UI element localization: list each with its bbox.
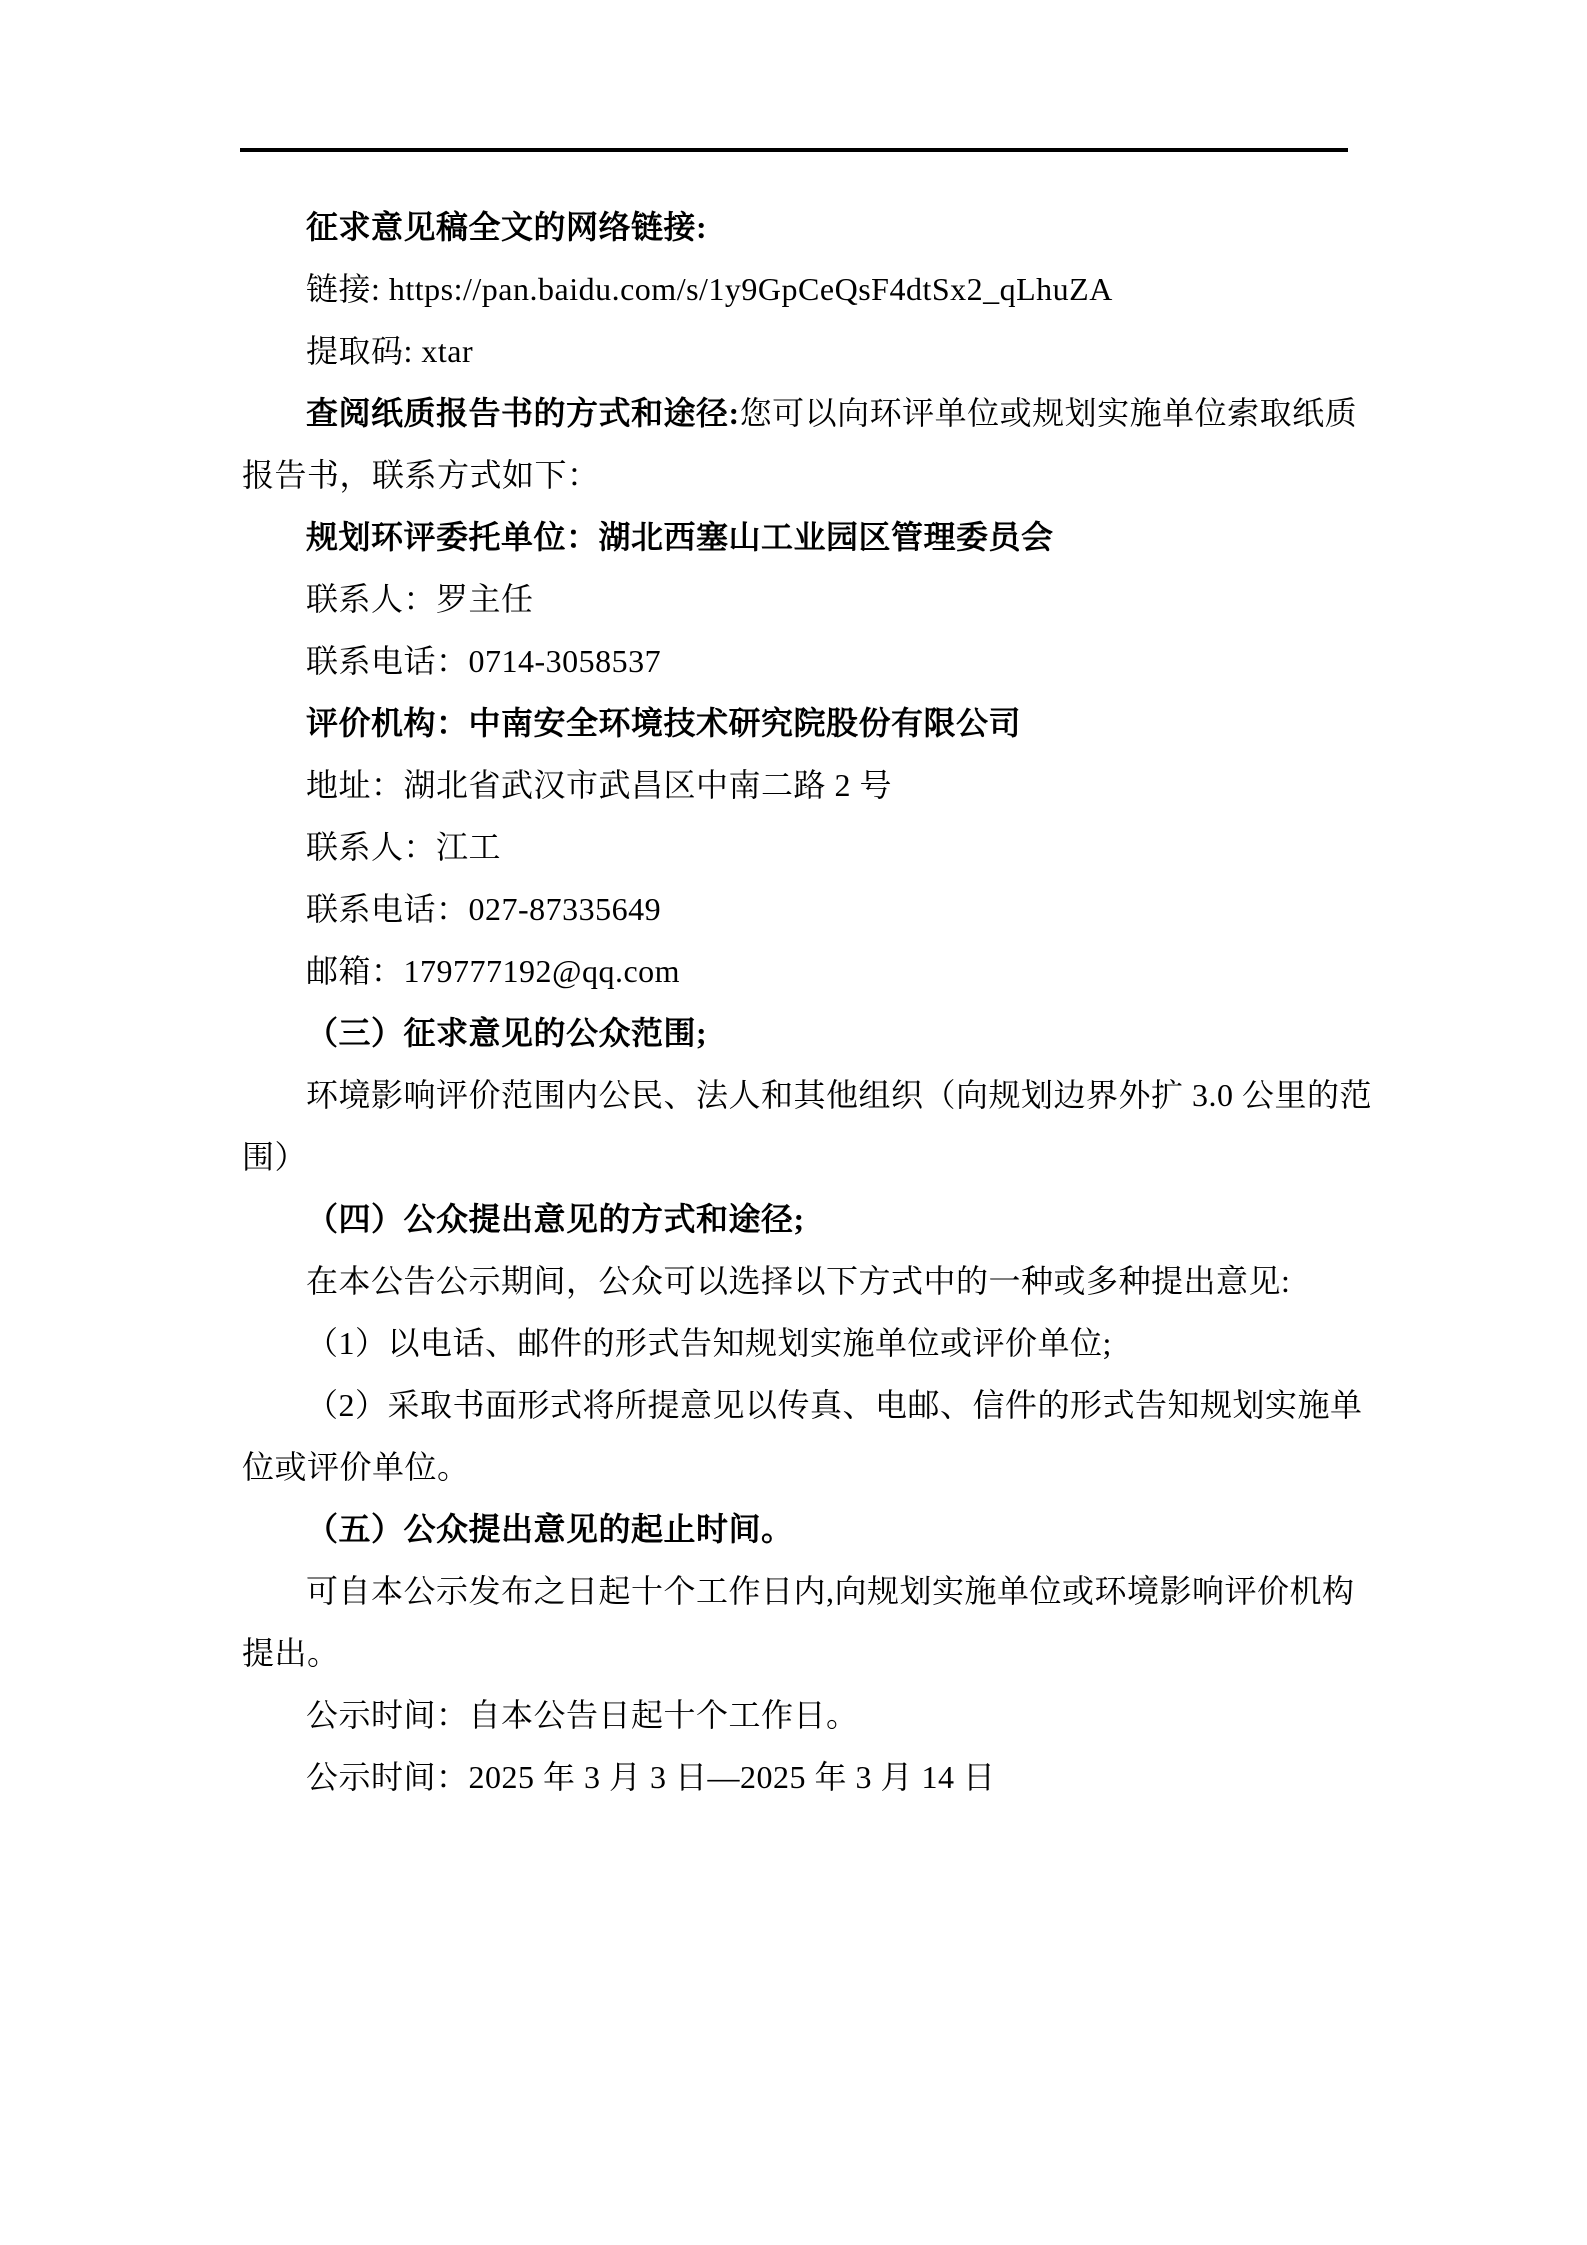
document-body: 征求意见稿全文的网络链接:链接: https://pan.baidu.com/s… <box>242 196 1352 1808</box>
text-line-15: 环境影响评价范围内公民、法人和其他组织（向规划边界外扩 3.0 公里的范 <box>242 1064 1352 1126</box>
text-line-18: 在本公告公示期间，公众可以选择以下方式中的一种或多种提出意见: <box>242 1250 1352 1312</box>
text-line-4-segment-1: 查阅纸质报告书的方式和途径: <box>306 395 740 431</box>
text-line-16-segment-1: 围） <box>242 1139 307 1175</box>
text-line-12-segment-1: 联系电话：027-87335649 <box>306 891 661 927</box>
text-line-15-segment-1: 环境影响评价范围内公民、法人和其他组织（向规划边界外扩 3.0 公里的范 <box>306 1077 1372 1113</box>
text-line-20-segment-1: （2）采取书面形式将所提意见以传真、电邮、信件的形式告知规划实施单 <box>306 1387 1363 1423</box>
text-line-6: 规划环评委托单位：湖北西塞山工业园区管理委员会 <box>242 506 1352 568</box>
text-line-8-segment-1: 联系电话：0714-3058537 <box>306 643 661 679</box>
text-line-21-segment-1: 位或评价单位。 <box>242 1449 470 1485</box>
text-line-23-segment-1: 可自本公示发布之日起十个工作日内,向规划实施单位或环境影响评价机构 <box>306 1573 1355 1609</box>
text-line-14-segment-1: （三）征求意见的公众范围; <box>306 1015 707 1051</box>
text-line-4-segment-2: 您可以向环评单位或规划实施单位索取纸质 <box>740 395 1358 431</box>
text-line-10-segment-1: 地址：湖北省武汉市武昌区中南二路 2 号 <box>306 767 892 803</box>
text-line-1-segment-1: 征求意见稿全文的网络链接: <box>306 209 707 245</box>
text-line-3-segment-1: 提取码: xtar <box>306 333 473 369</box>
document-page: 征求意见稿全文的网络链接:链接: https://pan.baidu.com/s… <box>0 0 1587 2245</box>
text-line-9-segment-1: 评价机构：中南安全环境技术研究院股份有限公司 <box>306 705 1021 741</box>
text-line-25-segment-1: 公示时间：自本公告日起十个工作日。 <box>306 1697 859 1733</box>
text-line-25: 公示时间：自本公告日起十个工作日。 <box>242 1684 1352 1746</box>
text-line-14: （三）征求意见的公众范围; <box>242 1002 1352 1064</box>
page-header-rule <box>240 148 1348 152</box>
text-line-24: 提出。 <box>242 1622 1352 1684</box>
text-line-21: 位或评价单位。 <box>242 1436 1352 1498</box>
text-line-5: 报告书，联系方式如下： <box>242 444 1352 506</box>
text-line-18-segment-1: 在本公告公示期间，公众可以选择以下方式中的一种或多种提出意见: <box>306 1263 1290 1299</box>
text-line-19-segment-1: （1）以电话、邮件的形式告知规划实施单位或评价单位; <box>306 1325 1112 1361</box>
text-line-2: 链接: https://pan.baidu.com/s/1y9GpCeQsF4d… <box>242 258 1352 320</box>
text-line-9: 评价机构：中南安全环境技术研究院股份有限公司 <box>242 692 1352 754</box>
text-line-2-segment-1: 链接: https://pan.baidu.com/s/1y9GpCeQsF4d… <box>306 271 1113 307</box>
text-line-20: （2）采取书面形式将所提意见以传真、电邮、信件的形式告知规划实施单 <box>242 1374 1352 1436</box>
text-line-13-segment-1: 邮箱：179777192@qq.com <box>306 953 680 989</box>
text-line-1: 征求意见稿全文的网络链接: <box>242 196 1352 258</box>
text-line-17: （四）公众提出意见的方式和途径; <box>242 1188 1352 1250</box>
text-line-22: （五）公众提出意见的起止时间。 <box>242 1498 1352 1560</box>
text-line-26-segment-1: 公示时间：2025 年 3 月 3 日—2025 年 3 月 14 日 <box>306 1759 996 1795</box>
text-line-4: 查阅纸质报告书的方式和途径:您可以向环评单位或规划实施单位索取纸质 <box>242 382 1352 444</box>
text-line-11-segment-1: 联系人：江工 <box>306 829 501 865</box>
text-line-13: 邮箱：179777192@qq.com <box>242 940 1352 1002</box>
text-line-22-segment-1: （五）公众提出意见的起止时间。 <box>306 1511 794 1547</box>
text-line-24-segment-1: 提出。 <box>242 1635 340 1671</box>
text-line-7: 联系人：罗主任 <box>242 568 1352 630</box>
text-line-26: 公示时间：2025 年 3 月 3 日—2025 年 3 月 14 日 <box>242 1746 1352 1808</box>
text-line-5-segment-1: 报告书，联系方式如下： <box>242 457 600 493</box>
text-line-16: 围） <box>242 1126 1352 1188</box>
text-line-19: （1）以电话、邮件的形式告知规划实施单位或评价单位; <box>242 1312 1352 1374</box>
text-line-3: 提取码: xtar <box>242 320 1352 382</box>
text-line-11: 联系人：江工 <box>242 816 1352 878</box>
text-line-17-segment-1: （四）公众提出意见的方式和途径; <box>306 1201 805 1237</box>
text-line-7-segment-1: 联系人：罗主任 <box>306 581 534 617</box>
text-line-8: 联系电话：0714-3058537 <box>242 630 1352 692</box>
text-line-10: 地址：湖北省武汉市武昌区中南二路 2 号 <box>242 754 1352 816</box>
text-line-23: 可自本公示发布之日起十个工作日内,向规划实施单位或环境影响评价机构 <box>242 1560 1352 1622</box>
text-line-6-segment-1: 规划环评委托单位：湖北西塞山工业园区管理委员会 <box>306 519 1054 555</box>
text-line-12: 联系电话：027-87335649 <box>242 878 1352 940</box>
